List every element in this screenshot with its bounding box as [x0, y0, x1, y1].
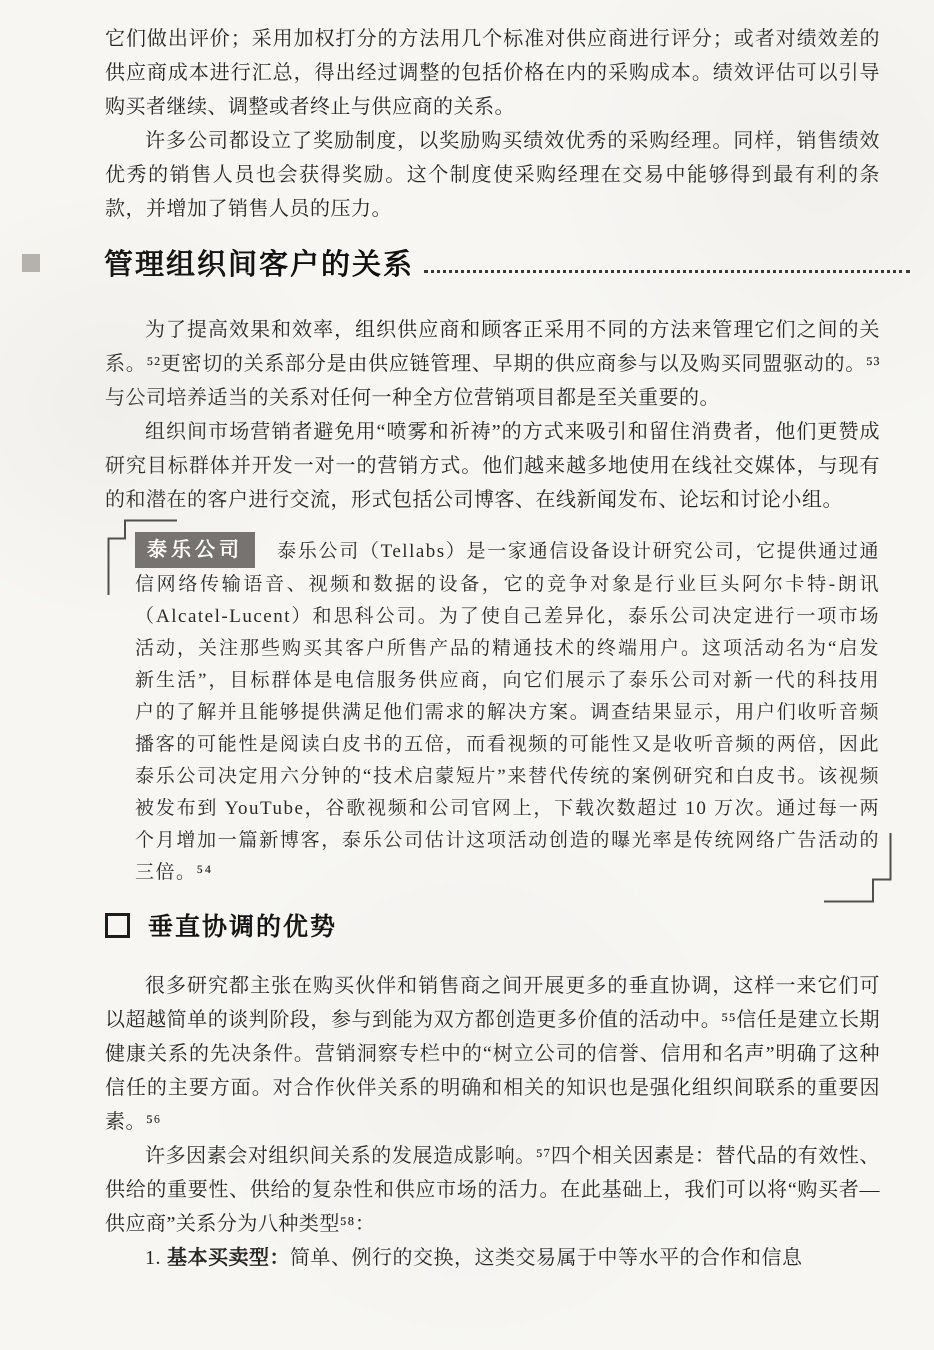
subsection-heading: 垂直协调的优势: [105, 907, 880, 943]
case-study-body: 泰乐公司泰乐公司（Tellabs）是一家通信设备设计研究公司，它提供通过通信网络…: [135, 533, 880, 889]
paragraph-closer-relationships: 为了提高效果和效率，组织供应商和顾客正采用不同的方法来管理它们之间的关系。⁵²更…: [105, 313, 880, 415]
paragraph-vertical-coordination: 很多研究都主张在购买伙伴和销售商之间开展更多的垂直协调，这样一来它们可以超越简单…: [105, 969, 880, 1139]
case-study-label: 泰乐公司: [135, 532, 255, 568]
list-item-number: 1.: [145, 1247, 161, 1269]
paragraph-relationship-factors: 许多因素会对组织间关系的发展造成影响。⁵⁷四个相关因素是：替代品的有效性、供给的…: [105, 1139, 880, 1241]
paragraph-performance-review: 它们做出评价；采用加权打分的方法用几个标准对供应商进行评分；或者对绩效差的供应商…: [105, 22, 880, 124]
list-item-term: 基本买卖型：: [167, 1247, 290, 1269]
case-study-box: 泰乐公司泰乐公司（Tellabs）是一家通信设备设计研究公司，它提供通过通信网络…: [135, 533, 880, 889]
section-heading-text: 管理组织间客户的关系: [104, 242, 414, 283]
box-corner-bottom-right-icon: [824, 833, 892, 903]
subsection-marker-square-icon: [105, 913, 130, 938]
paragraph-incentive-systems: 许多公司都设立了奖励制度，以奖励购买绩效优秀的采购经理。同样，销售绩效优秀的销售…: [105, 124, 880, 226]
list-item-text: 简单、例行的交换，这类交易属于中等水平的合作和信息: [290, 1247, 803, 1269]
dotted-leader: [424, 270, 910, 273]
paragraph-b2b-marketers: 组织间市场营销者避免用“喷雾和祈祷”的方式来吸引和留住消费者，他们更赞成研究目标…: [105, 415, 880, 517]
list-item-basic-buying: 1.基本买卖型：简单、例行的交换，这类交易属于中等水平的合作和信息: [105, 1241, 880, 1275]
case-study-text: 泰乐公司（Tellabs）是一家通信设备设计研究公司，它提供通过通信网络传输语音…: [135, 541, 880, 883]
subsection-heading-text: 垂直协调的优势: [148, 907, 337, 943]
section-marker-square-icon: [22, 254, 40, 272]
book-page: 它们做出评价；采用加权打分的方法用几个标准对供应商进行评分；或者对绩效差的供应商…: [0, 0, 934, 1350]
section-heading: 管理组织间客户的关系: [22, 242, 910, 283]
